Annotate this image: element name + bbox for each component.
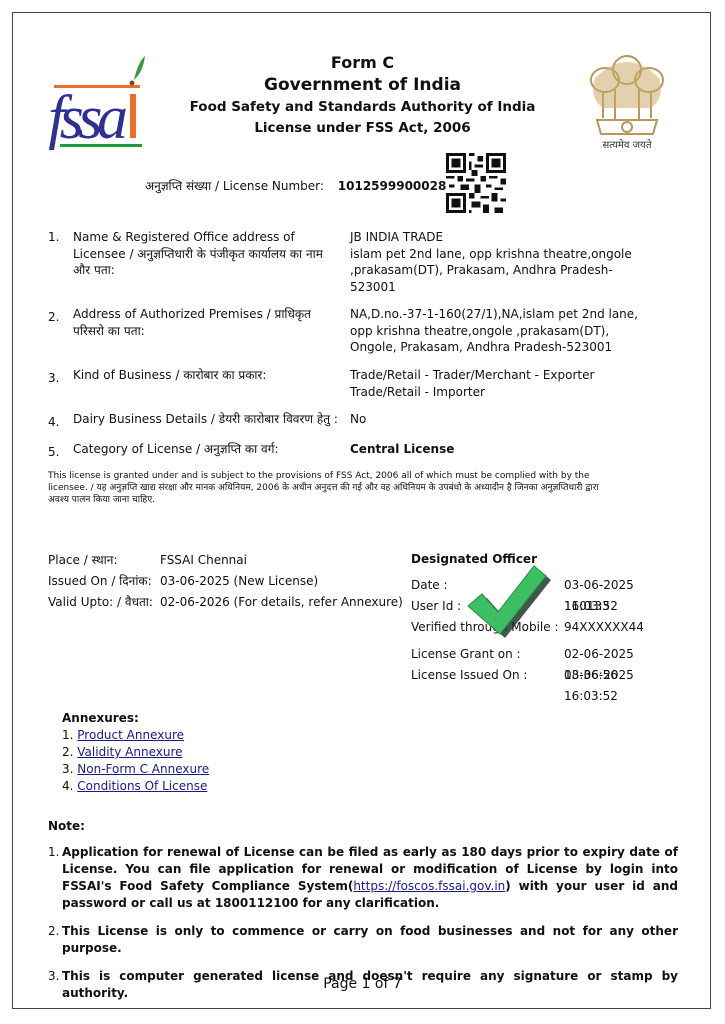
annexures-list: Annexures: 1. Product Annexure 2. Validi… [62,710,209,795]
government-title: Government of India [180,74,545,97]
qr-code [446,153,506,213]
detail-row-3: 3. Kind of Business / कारोबार का प्रकार:… [48,367,688,403]
detail-row-4: 4. Dairy Business Details / डेयरी कारोबा… [48,411,688,431]
verified-check-icon [462,564,552,638]
note-item-1: 1.Application for renewal of License can… [48,844,678,912]
authority-title: Food Safety and Standards Authority of I… [180,97,545,118]
note-title: Note: [48,818,678,835]
page-number: Page 1 of 7 [0,976,725,992]
premises-value: NA,D.no.-37-1-160(27/1),NA,islam pet 2nd… [350,306,640,356]
annexures-title: Annexures: [62,710,209,727]
detail-row-5: 5. Category of License / अनुज्ञप्ति का व… [48,441,688,461]
category-label: Category of License / अनुज्ञप्ति का वर्ग… [73,441,338,458]
licensee-value: JB INDIA TRADE islam pet 2nd lane, opp k… [350,229,640,295]
dairy-label: Dairy Business Details / डेयरी कारोबार व… [73,411,363,428]
place-label: Place / स्थान: [48,550,160,571]
place-value: FSSAI Chennai [160,553,247,567]
business-kind-value: Trade/Retail - Trader/Merchant - Exporte… [350,367,640,400]
valid-value: 02-06-2026 (For details, refer Annexure) [160,595,403,609]
issued-label: Issued On / दिनांक: [48,571,160,592]
license-number-label: अनुज्ञप्ति संख्या / License Number: [145,179,324,193]
national-emblem-icon: सत्यमेव जयते [575,48,680,153]
officer-mobile: 94XXXXXX44 [564,617,644,638]
issued-value: 03-06-2025 (New License) [160,574,318,588]
non-form-c-annexure-link[interactable]: Non-Form C Annexure [77,762,209,776]
issue-details: Place / स्थान:FSSAI Chennai Issued On / … [48,550,403,613]
fssai-logo: fssa [46,50,146,150]
license-disclaimer: This license is granted under and is sub… [48,470,618,506]
svg-text:fssa: fssa [48,84,128,150]
notes-section: Note: 1.Application for renewal of Licen… [48,818,678,1002]
license-issued-date: 03-06-2025 16:03:52 [564,665,691,707]
license-number-row: अनुज्ञप्ति संख्या / License Number: 1012… [145,177,455,194]
detail-row-2: 2. Address of Authorized Premises / प्रा… [48,306,688,358]
dairy-value: No [350,411,640,428]
document-header: Form C Government of India Food Safety a… [180,52,545,139]
valid-label: Valid Upto: / वैधता: [48,592,160,613]
note-item-2: 2.This License is only to commence or ca… [48,923,678,957]
officer-user-id: 110133 [564,596,610,617]
act-title: License under FSS Act, 2006 [180,118,545,139]
licensee-label: Name & Registered Office address of Lice… [73,229,338,279]
product-annexure-link[interactable]: Product Annexure [77,728,184,742]
premises-label: Address of Authorized Premises / प्राधिक… [73,306,338,339]
svg-text:सत्यमेव जयते: सत्यमेव जयते [602,139,651,151]
license-number-value: 10125999000287 [338,179,455,193]
form-title: Form C [180,52,545,74]
validity-annexure-link[interactable]: Validity Annexure [77,745,182,759]
business-kind-label: Kind of Business / कारोबार का प्रकार: [73,367,338,384]
detail-row-1: 1. Name & Registered Office address of L… [48,229,688,299]
foscos-link[interactable]: https://foscos.fssai.gov.in [353,879,505,893]
conditions-of-license-link[interactable]: Conditions Of License [77,779,207,793]
category-value: Central License [350,441,640,458]
